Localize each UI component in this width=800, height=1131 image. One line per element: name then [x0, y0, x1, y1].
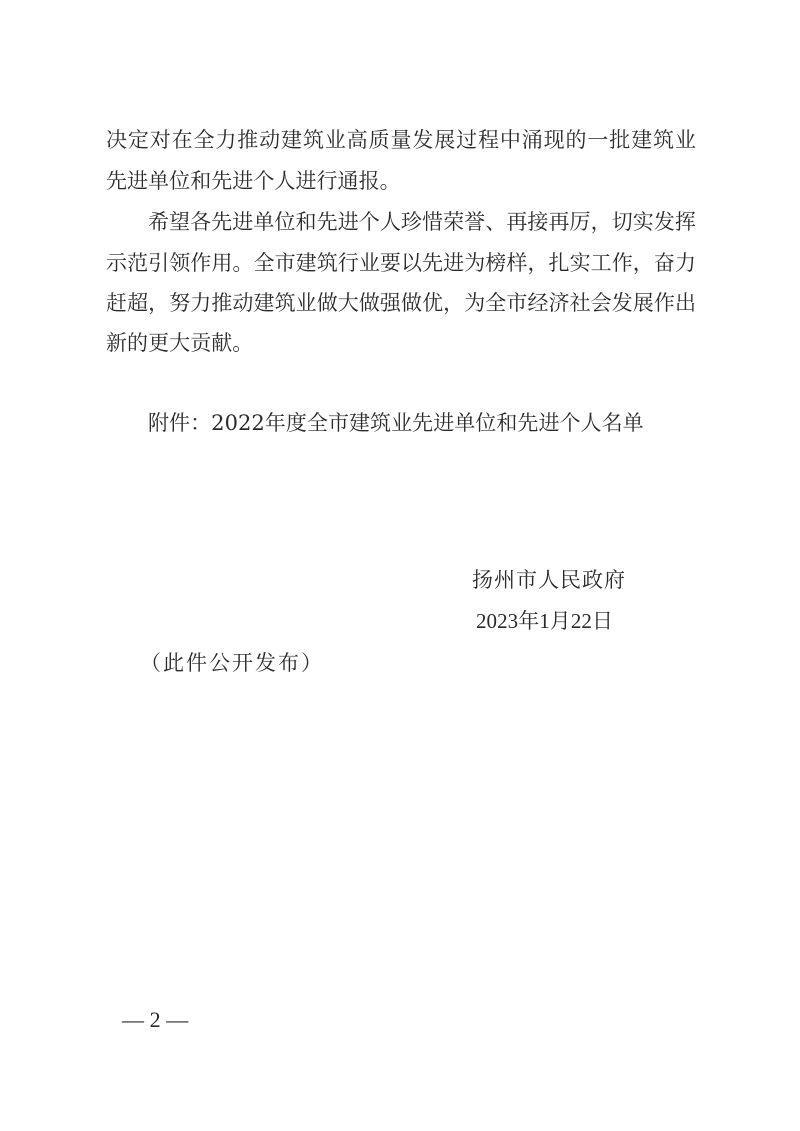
paragraph-1-line-1: 决定对在全力推动建筑业高质量发展过程中涌现的一批建筑业	[106, 126, 696, 154]
paragraph-2-line-1: 希望各先进单位和先进个人珍惜荣誉、再接再厉，切实发挥	[148, 208, 696, 236]
release-note: （此件公开发布）	[140, 649, 324, 677]
attachment-line: 附件：2022年度全市建筑业先进单位和先进个人名单	[148, 409, 644, 437]
issuer-name: 扬州市人民政府	[472, 566, 626, 594]
attachment-label: 附件：	[148, 411, 211, 435]
page-number: — 2 —	[122, 1006, 188, 1034]
issue-date: 2023年1月22日	[476, 607, 613, 635]
paragraph-2-line-3: 赶超，努力推动建筑业做大做强做优，为全市经济社会发展作出	[106, 289, 696, 317]
paragraph-2-line-2: 示范引领作用。全市建筑行业要以先进为榜样，扎实工作，奋力	[106, 249, 696, 277]
attachment-title: 2022年度全市建筑业先进单位和先进个人名单	[211, 411, 644, 435]
paragraph-1-line-2: 先进单位和先进个人进行通报。	[106, 167, 401, 195]
paragraph-2-line-4: 新的更大贡献。	[106, 329, 253, 357]
document-page: 决定对在全力推动建筑业高质量发展过程中涌现的一批建筑业 先进单位和先进个人进行通…	[0, 0, 800, 1131]
